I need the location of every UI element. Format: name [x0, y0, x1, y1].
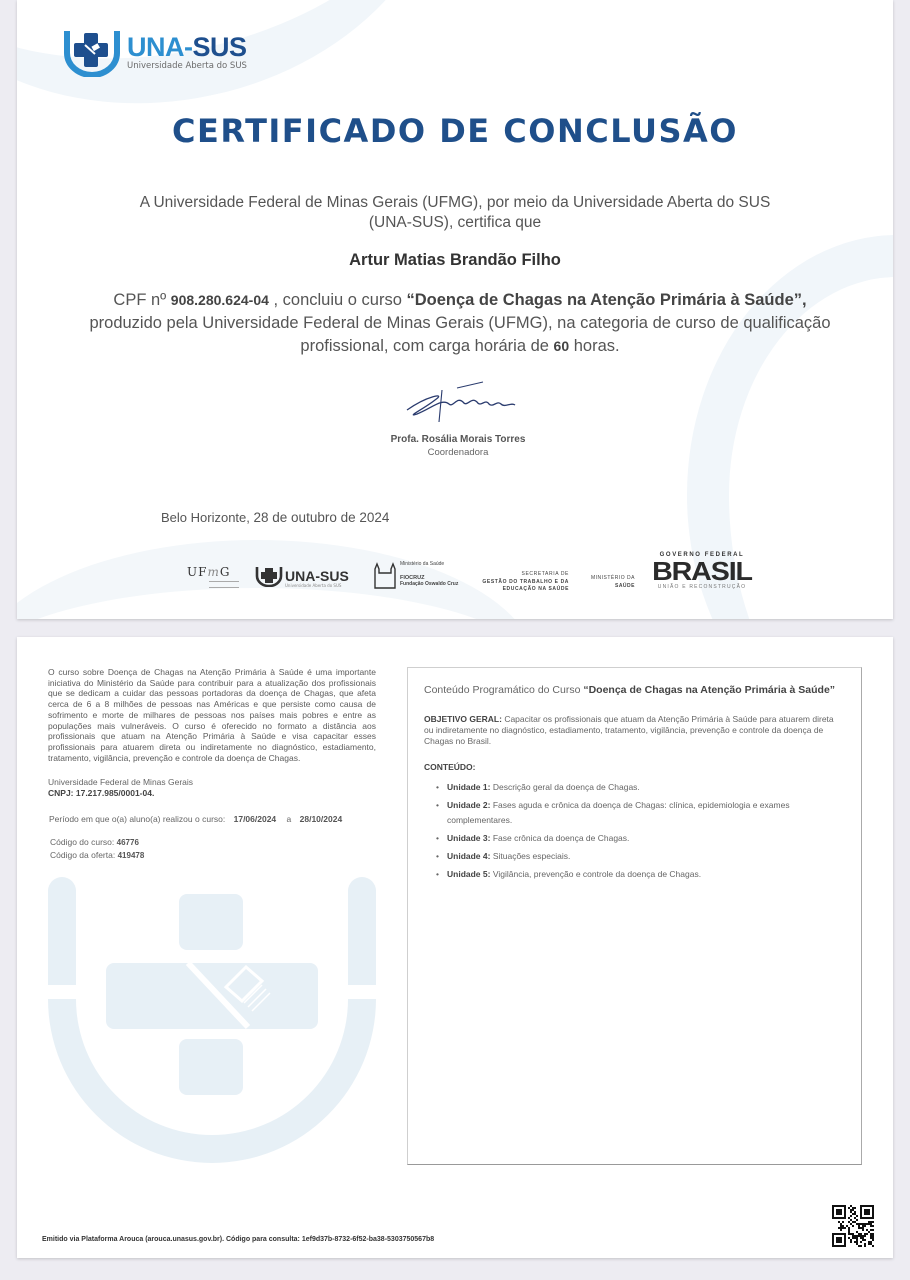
produced-text: produzido pela Universidade Federal de M…	[89, 314, 830, 355]
unit-item: Unidade 2: Fases aguda e crônica da doen…	[436, 798, 845, 828]
course-code: 46776	[117, 838, 139, 847]
unit-label: Unidade 3:	[447, 833, 490, 843]
program-title-course: “Doença de Chagas na Atenção Primária à …	[583, 684, 835, 696]
unit-text: Vigilância, prevenção e controle da doen…	[493, 869, 701, 879]
unit-label: Unidade 1:	[447, 782, 490, 792]
fiocruz-ministry: Ministério da Saúde	[400, 561, 458, 567]
sgtes-line-1: SECRETARIA DE	[475, 571, 569, 579]
ufmg-logo: UFmG	[187, 565, 230, 579]
logo-text-sep: -	[184, 32, 193, 62]
issue-date: 28 de outubro de 2024	[254, 510, 390, 525]
course-hours: 60	[554, 338, 570, 354]
place: Belo Horizonte,	[161, 510, 250, 525]
fiocruz-full-name: Fundação Oswaldo Cruz	[400, 581, 458, 587]
unit-label: Unidade 4:	[447, 851, 490, 861]
period-start: 17/06/2024	[234, 814, 277, 824]
certificate-intro: A Universidade Federal de Minas Gerais (…	[137, 193, 773, 233]
program-title-prefix: Conteúdo Programático do Curso	[424, 684, 580, 696]
ufmg-text-g: G	[220, 565, 231, 579]
place-and-date: Belo Horizonte, 28 de outubro de 2024	[161, 510, 389, 525]
ms-line-2: SAÚDE	[615, 583, 635, 589]
period-end: 28/10/2024	[300, 814, 343, 824]
una-sus-emblem-icon	[63, 27, 121, 77]
sgtes-line-3: EDUCAÇÃO NA SAÚDE	[503, 586, 569, 592]
unit-text: Descrição geral da doença de Chagas.	[493, 782, 640, 792]
certificate-back-page: O curso sobre Doença de Chagas na Atençã…	[17, 637, 893, 1258]
course-description: O curso sobre Doença de Chagas na Atençã…	[48, 667, 376, 763]
course-period: Período em que o(a) aluno(a) realizou o …	[49, 814, 342, 824]
logo-text-una: UNA	[127, 32, 184, 62]
unit-item: Unidade 4: Situações especiais.	[436, 849, 845, 864]
unit-label: Unidade 5:	[447, 869, 490, 879]
unit-item: Unidade 1: Descrição geral da doença de …	[436, 780, 845, 795]
issued-via-footer: Emitido via Plataforma Arouca (arouca.un…	[42, 1236, 434, 1243]
institution-info: Universidade Federal de Minas Gerais CNP…	[48, 777, 193, 799]
content-heading: CONTEÚDO:	[424, 762, 845, 772]
certificate-title: CERTIFICADO DE CONCLUSÃO	[17, 112, 893, 150]
student-name: Artur Matias Brandão Filho	[17, 251, 893, 270]
fiocruz-castle-icon	[373, 561, 397, 589]
course-name: “Doença de Chagas na Atenção Primária à …	[406, 291, 806, 309]
logo-text-sus: SUS	[193, 32, 247, 62]
ufmg-text: UF	[187, 565, 207, 579]
governo-federal-logo: GOVERNO FEDERAL BRASIL UNIÃO E RECONSTRU…	[651, 552, 753, 590]
course-codes: Código do curso: 46776 Código da oferta:…	[50, 836, 144, 862]
cpf-label: CPF nº	[113, 291, 166, 309]
course-code-label: Código do curso:	[50, 837, 114, 847]
hours-unit: horas.	[574, 337, 620, 355]
program-title: Conteúdo Programático do Curso “Doença d…	[424, 684, 845, 696]
offer-code: 419478	[118, 851, 145, 860]
gov-brasil: BRASIL	[646, 558, 758, 584]
una-sus-partner-text: UNA-SUS	[285, 568, 349, 584]
general-objective: OBJETIVO GERAL: Capacitar os profissiona…	[424, 714, 845, 747]
unit-item: Unidade 3: Fase crônica da doença de Cha…	[436, 831, 845, 846]
unit-text: Fase crônica da doença de Chagas.	[493, 833, 630, 843]
period-label: Período em que o(a) aluno(a) realizou o …	[49, 814, 225, 824]
unit-label: Unidade 2:	[447, 800, 490, 810]
program-content-box: Conteúdo Programático do Curso “Doença d…	[407, 667, 862, 1165]
unit-text: Situações especiais.	[493, 851, 571, 861]
sgtes-line-2: GESTÃO DO TRABALHO E DA	[482, 579, 569, 585]
una-sus-watermark-icon	[48, 877, 376, 1177]
signer-name: Profa. Rosália Morais Torres	[17, 434, 893, 445]
ufmg-text-m: m	[207, 565, 219, 579]
institution-cnpj: CNPJ: 17.217.985/0001-04.	[48, 788, 154, 798]
period-separator: a	[287, 814, 292, 824]
completed-text: , concluiu o curso	[273, 291, 401, 309]
sgtes-logo: SECRETARIA DE GESTÃO DO TRABALHO E DA ED…	[475, 571, 569, 594]
offer-code-label: Código da oferta:	[50, 850, 115, 860]
certificate-front-page: UNA-SUS Universidade Aberta do SUS CERTI…	[17, 0, 893, 619]
una-sus-emblem-small-icon	[255, 565, 283, 587]
signer-role: Coordenadora	[17, 447, 893, 458]
unit-text: Fases aguda e crônica da doença de Chaga…	[447, 800, 790, 825]
una-sus-partner-logo: UNA-SUS Universidade Aberta do SUS	[255, 565, 349, 587]
objective-label: OBJETIVO GERAL:	[424, 714, 502, 724]
una-sus-logo: UNA-SUS Universidade Aberta do SUS	[63, 27, 247, 77]
ufmg-logo-subtext	[209, 581, 239, 588]
unit-item: Unidade 5: Vigilância, prevenção e contr…	[436, 867, 845, 882]
signature-icon	[387, 378, 547, 428]
ministerio-saude-logo: MINISTÉRIO DA SAÚDE	[583, 574, 635, 590]
ms-line-1: MINISTÉRIO DA	[583, 574, 635, 582]
certificate-body: CPF nº 908.280.624-04 , concluiu o curso…	[77, 289, 843, 358]
unit-list: Unidade 1: Descrição geral da doença de …	[424, 780, 845, 882]
cpf-value: 908.280.624-04	[171, 292, 269, 308]
qr-code-icon[interactable]	[832, 1205, 874, 1247]
una-sus-partner-subtext: Universidade Aberta do SUS	[285, 583, 341, 588]
institution-name: Universidade Federal de Minas Gerais	[48, 777, 193, 788]
fiocruz-logo: Ministério da Saúde FIOCRUZ Fundação Osw…	[373, 561, 458, 589]
logo-subtitle: Universidade Aberta do SUS	[127, 62, 247, 71]
partner-logos: UFmG UNA-SUS Universidade Aberta do SUS …	[185, 551, 745, 599]
